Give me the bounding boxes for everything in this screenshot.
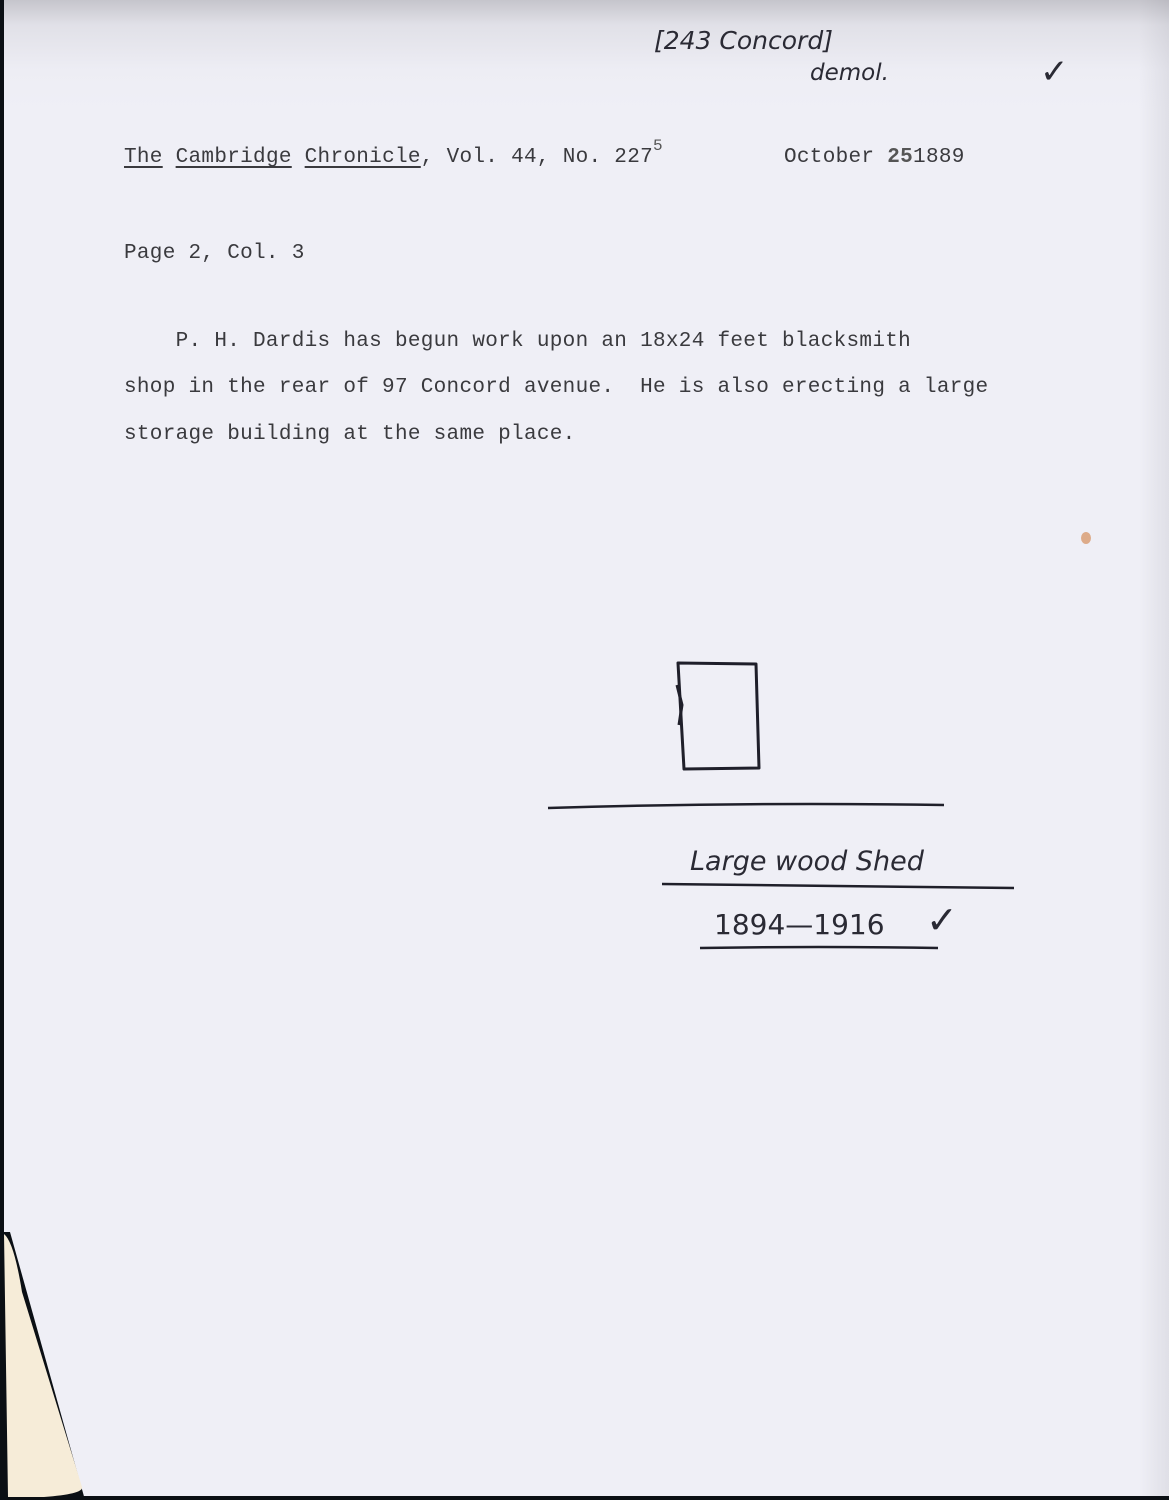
issue-overwrite: 5 <box>653 137 663 155</box>
paper-curl <box>0 1232 90 1500</box>
article-line-1: P. H. Dardis has begun work upon an 18x2… <box>124 330 911 353</box>
date-month: October <box>784 146 874 169</box>
handwritten-demolished-note: demol. <box>810 60 889 86</box>
article-line-2: shop in the rear of 97 Concord avenue. H… <box>124 376 988 399</box>
dates-check-mark-icon: ✓ <box>926 898 958 942</box>
title-word-chronicle: Chronicle <box>305 146 421 169</box>
handwritten-address-note: [243 Concord] <box>654 26 833 55</box>
page-column-reference: Page 2, Col. 3 <box>124 242 305 265</box>
article-line-3: storage building at the same place. <box>124 423 576 446</box>
building-sketch-icon <box>664 655 774 780</box>
sketch-label: Large wood Shed <box>690 846 924 877</box>
document-page: [243 Concord] demol. ✓ The Cambridge Chr… <box>4 0 1169 1496</box>
title-word-cambridge: Cambridge <box>176 146 292 169</box>
date-day: 25 <box>887 146 913 169</box>
label-underline <box>660 880 1020 894</box>
check-mark-icon: ✓ <box>1040 52 1069 92</box>
newspaper-citation: The Cambridge Chronicle, Vol. 44, No. 22… <box>124 146 663 169</box>
sketch-dates: 1894—1916 <box>714 908 885 941</box>
paper-stain <box>1081 532 1091 544</box>
title-word-the: The <box>124 146 163 169</box>
volume-number: , Vol. 44, No. 227 <box>421 146 653 169</box>
issue-date: October 251889 <box>784 146 965 169</box>
street-line <box>544 796 954 816</box>
dates-underline <box>698 942 948 954</box>
date-year: 1889 <box>913 146 965 169</box>
